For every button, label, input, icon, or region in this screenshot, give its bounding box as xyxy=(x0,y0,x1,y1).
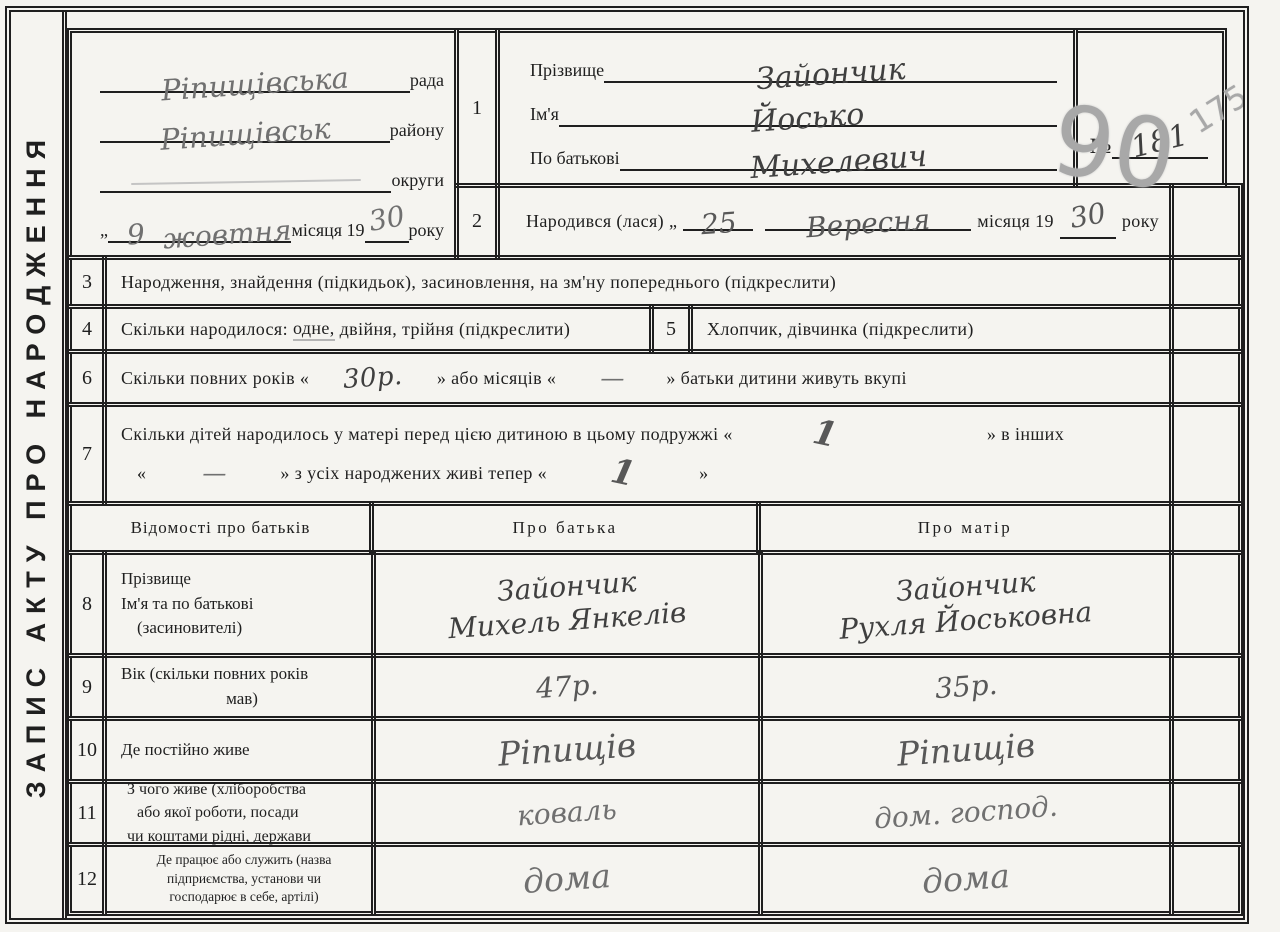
birth-day-value: 25 xyxy=(700,210,737,236)
row-4-5: 4 Скільки народилося: одне, двійня, трій… xyxy=(67,304,1243,354)
reg-day-value: 9 xyxy=(126,223,145,248)
date-open-quote: „ xyxy=(100,220,108,243)
row-7-number: 7 xyxy=(67,402,107,506)
item-2-number: 2 xyxy=(454,183,500,260)
row-9-label: Вік (скільки повних років мав) xyxy=(102,653,376,721)
row-11: 11 З чого живе (хліборобства або якої ро… xyxy=(67,779,1243,847)
row-5-spacer xyxy=(1169,304,1243,354)
header-spacer xyxy=(1169,501,1243,555)
okruha-blank xyxy=(100,183,391,193)
father-name-patronymic: Михель Янкелів xyxy=(447,601,687,641)
row-7: 7 Скільки дітей народилось у матері пере… xyxy=(67,402,1243,506)
reg-day-blank: 9 xyxy=(108,223,163,243)
reg-misiatsia-label: місяця 19 xyxy=(291,220,364,243)
row-12-label-line2: підприємства, установи чи xyxy=(125,870,363,889)
reg-month-blank: жовтня xyxy=(163,223,292,243)
row-6-years-value: 30р. xyxy=(343,365,404,391)
row-8-number: 8 xyxy=(67,550,107,658)
row-8-father-cell: Зайончик Михель Янкелів xyxy=(371,550,763,658)
row-9-father-cell: 47р. xyxy=(371,653,763,721)
okruha-pencil-stroke xyxy=(131,179,361,185)
row-10-label-text: Де постійно живе xyxy=(121,738,363,763)
row-12-spacer xyxy=(1169,842,1243,916)
row-6-spacer xyxy=(1169,349,1243,407)
row-11-label-line2: або якої роботи, посади xyxy=(127,801,363,824)
firstname-value: Йосько xyxy=(751,102,866,135)
registration-place-box: Ріпищівська рада Ріпищівськ району округ… xyxy=(67,28,459,260)
row-10-label: Де постійно живе xyxy=(102,716,376,784)
row-7-value-this-marriage: 1 xyxy=(810,418,840,451)
birth-year-value: 30 xyxy=(1068,201,1107,231)
father-residence: Ріпищів xyxy=(497,731,637,769)
row-11-label: З чого живе (хліборобства або якої робот… xyxy=(102,779,376,847)
row-10-father-cell: Ріпищів xyxy=(371,716,763,784)
row-10-spacer xyxy=(1169,716,1243,784)
row-11-spacer xyxy=(1169,779,1243,847)
reg-month-value: жовтня xyxy=(162,219,292,252)
row-3-text: Народження, знайдення (підкидьок), засин… xyxy=(102,255,1174,309)
father-surname: Зайончик xyxy=(497,570,638,603)
raion-line: Ріпищівськ району xyxy=(100,93,444,143)
mother-occupation: дом. господ. xyxy=(873,795,1058,832)
birth-month-blank: Вересня xyxy=(765,212,971,232)
row-12: 12 Де працює або служить (назва підприєм… xyxy=(67,842,1243,916)
row-9-spacer xyxy=(1169,653,1243,721)
okruha-label: округи xyxy=(391,170,444,193)
row-8-label: Прізвище Ім'я та по батькові (засиновите… xyxy=(102,550,376,658)
birthdate-row-spacer xyxy=(1169,183,1243,260)
patronymic-value: Михелевич xyxy=(749,143,927,181)
birth-month-value: Вересня xyxy=(805,207,931,239)
row-11-father-cell: коваль xyxy=(371,779,763,847)
row-8-spacer xyxy=(1169,550,1243,658)
row-7-value-alive-now: 1 xyxy=(608,457,638,490)
row-8-label-line2: Ім'я та по батькові xyxy=(121,592,363,617)
row-9-number: 9 xyxy=(67,653,107,721)
row-7-line2-close: » xyxy=(699,463,708,484)
reg-roku-label: року xyxy=(409,220,445,243)
row-3-number: 3 xyxy=(67,255,107,309)
firstname-blank: Йосько xyxy=(559,106,1057,128)
row-7-spacer xyxy=(1169,402,1243,506)
header-about-mother: Про матір xyxy=(756,501,1174,555)
row-9-label-line1: Вік (скільки повних років xyxy=(121,662,363,687)
row-9-mother-cell: 35р. xyxy=(758,653,1174,721)
row-3: 3 Народження, знайдення (підкидьок), зас… xyxy=(67,255,1243,309)
row-12-label-line1: Де працює або служить (назва xyxy=(125,851,363,870)
row-12-number: 12 xyxy=(67,842,107,916)
registration-date-line: „ 9 жовтня місяця 19 30 року xyxy=(100,193,444,243)
row-7-line1-text: Скільки дітей народилось у матері перед … xyxy=(121,424,733,445)
surname-line: Прізвище Зайончик xyxy=(530,43,1057,83)
row-7-text: Скільки дітей народилось у матері перед … xyxy=(102,402,1174,506)
row-6-months-value: — xyxy=(600,368,622,388)
mother-name-patronymic: Рухля Йоськовна xyxy=(839,600,1093,641)
row-12-father-cell: дома xyxy=(371,842,763,916)
row-6-text: Скільки повних років « 30р. » або місяці… xyxy=(102,349,1174,407)
row-7-value-other-marriages: — xyxy=(202,463,224,483)
row-7-line1: Скільки дітей народилось у матері перед … xyxy=(121,420,1064,449)
row-6-part1: Скільки повних років « xyxy=(121,368,309,389)
row-8-label-line1: Прізвище xyxy=(121,567,363,592)
row-4-number: 4 xyxy=(67,304,107,354)
row-9: 9 Вік (скільки повних років мав) 47р. 35… xyxy=(67,653,1243,721)
birth-roku-label: року xyxy=(1122,211,1159,232)
row-7-line2-mid: » з усіх народжених живі тепер « xyxy=(280,463,547,484)
mother-age: 35р. xyxy=(934,673,998,701)
parents-table-header: Відомості про батьків Про батька Про мат… xyxy=(67,501,1243,555)
birth-misiatsia-label: місяця 19 xyxy=(977,211,1054,232)
row-7-line2: « — » з усіх народжених живі тепер « 1 » xyxy=(121,459,709,488)
mother-surname: Зайончик xyxy=(896,570,1037,603)
row-3-spacer xyxy=(1169,255,1243,309)
row-4-underlined-option: одне, xyxy=(293,318,335,341)
top-right-area: Прізвище Зайончик Ім'я Йосько xyxy=(495,28,1243,260)
top-section: Ріпищівська рада Ріпищівськ району округ… xyxy=(67,28,1243,260)
row-6-part2: » або місяців « xyxy=(437,368,556,389)
row-7-line2-open: « xyxy=(137,463,146,484)
row-5-number: 5 xyxy=(649,304,693,354)
mother-residence: Ріпищів xyxy=(896,731,1036,769)
row-8-mother-cell: Зайончик Рухля Йоськовна xyxy=(758,550,1174,658)
reg-year-value: 30 xyxy=(367,204,406,234)
item-1-number: 1 xyxy=(454,28,500,188)
rada-blank: Ріпищівська xyxy=(100,72,410,93)
reg-year-blank: 30 xyxy=(365,207,409,243)
father-age: 47р. xyxy=(535,673,599,701)
row-8: 8 Прізвище Ім'я та по батькові (засинови… xyxy=(67,550,1243,658)
row-12-label-line3: господарює в себе, артілі) xyxy=(125,888,363,907)
birth-year-blank: 30 xyxy=(1060,204,1116,240)
patronymic-blank: Михелевич xyxy=(620,150,1057,172)
top-number-column: 1 2 xyxy=(454,28,500,260)
row-10-mother-cell: Ріпищів xyxy=(758,716,1174,784)
row-7-line1-end: » в інших xyxy=(987,424,1064,445)
row-4-text: Скільки народилося: одне, двійня, трійня… xyxy=(102,304,654,354)
rada-label: рада xyxy=(410,70,444,93)
birthdate-label: Народився (лася) „ xyxy=(526,211,677,232)
pencil-stamp-90: 90 xyxy=(1045,83,1183,213)
header-parents-info: Відомості про батьків xyxy=(67,501,374,555)
birth-day-blank: 25 xyxy=(683,212,753,232)
raion-label: району xyxy=(390,120,444,143)
row-10: 10 Де постійно живе Ріпищів Ріпищів xyxy=(67,716,1243,784)
row-4-prefix: Скільки народилося: xyxy=(121,319,288,340)
row-5-text: Хлопчик, дівчинка (підкреслити) xyxy=(688,304,1174,354)
okruha-line: округи xyxy=(100,143,444,193)
row-11-number: 11 xyxy=(67,779,107,847)
surname-blank: Зайончик xyxy=(604,62,1057,84)
row-4-rest: двійня, трійня (підкреслити) xyxy=(340,319,571,340)
birth-record-sheet: ЗАПИС АКТУ ПРО НАРОДЖЕННЯ Ріпищівська ра… xyxy=(5,6,1249,924)
surname-label: Прізвище xyxy=(530,60,604,83)
row-12-mother-cell: дома xyxy=(758,842,1174,916)
row-6-number: 6 xyxy=(67,349,107,407)
row-11-label-line1: З чого живе (хліборобства xyxy=(127,778,363,801)
row-10-number: 10 xyxy=(67,716,107,784)
patronymic-label: По батькові xyxy=(530,148,620,171)
row-6: 6 Скільки повних років « 30р. » або міся… xyxy=(67,349,1243,407)
row-8-label-line3: (засиновителі) xyxy=(121,616,363,641)
father-occupation: коваль xyxy=(516,798,617,829)
row-12-label: Де працює або служить (назва підприємств… xyxy=(102,842,376,916)
document-title: ЗАПИС АКТУ ПРО НАРОДЖЕННЯ xyxy=(21,131,52,798)
mother-workplace: дома xyxy=(921,862,1011,896)
rada-line: Ріпищівська рада xyxy=(100,43,444,93)
firstname-label: Ім'я xyxy=(530,104,559,127)
row-6-part3: » батьки дитини живуть вкупі xyxy=(666,368,907,389)
row-9-label-line2: мав) xyxy=(121,687,363,712)
form-body: Ріпищівська рада Ріпищівськ району округ… xyxy=(67,12,1243,918)
side-strip: ЗАПИС АКТУ ПРО НАРОДЖЕННЯ xyxy=(11,12,67,918)
surname-value: Зайончик xyxy=(755,56,906,92)
header-about-father: Про батька xyxy=(369,501,761,555)
row-11-mother-cell: дом. господ. xyxy=(758,779,1174,847)
child-names-box: Прізвище Зайончик Ім'я Йосько xyxy=(495,28,1078,188)
raion-blank: Ріпищівськ xyxy=(100,122,390,143)
father-workplace: дома xyxy=(522,862,612,896)
